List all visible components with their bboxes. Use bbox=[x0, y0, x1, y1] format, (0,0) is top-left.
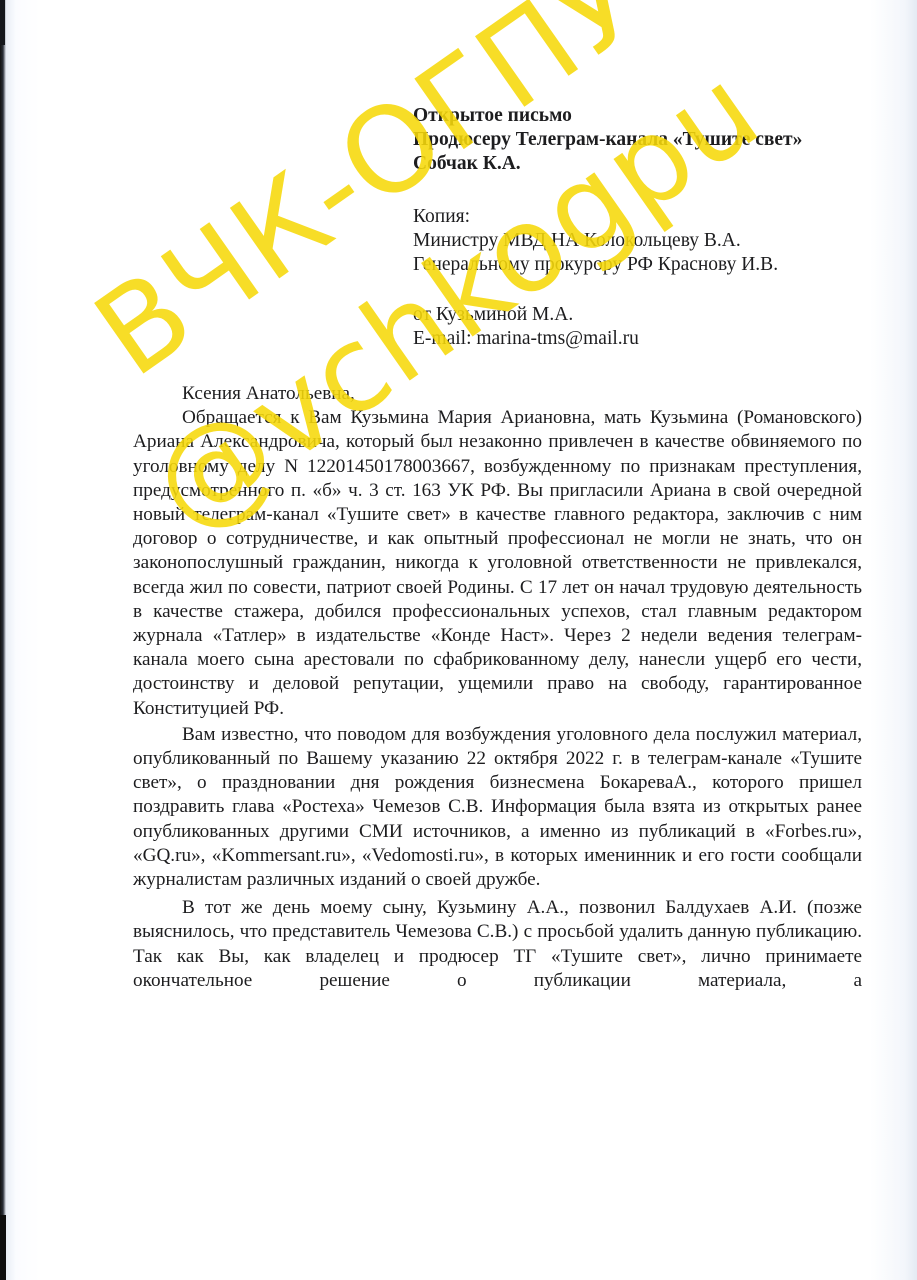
paragraph: В тот же день моему сыну, Кузьмину А.А.,… bbox=[133, 896, 862, 993]
paragraph: Обращается к Вам Кузьмина Мария Ариановн… bbox=[133, 406, 862, 721]
letter-header: Открытое письмо Продюсеру Телеграм-канал… bbox=[413, 104, 802, 351]
paragraph: Вам известно, что поводом для возбуждени… bbox=[133, 723, 862, 892]
letter-body: Ксения Анатольевна, Обращается к Вам Куз… bbox=[133, 382, 862, 993]
recipient-name: Собчак К.А. bbox=[413, 152, 802, 176]
letter-title: Открытое письмо bbox=[413, 104, 802, 128]
copy-to-minister: Министру МВД НА Колокольцеву В.А. bbox=[413, 229, 802, 253]
scanned-page: Открытое письмо Продюсеру Телеграм-канал… bbox=[0, 0, 917, 1280]
greeting: Ксения Анатольевна, bbox=[133, 382, 862, 406]
from-line: от Кузьминой М.А. bbox=[413, 303, 802, 327]
copy-label: Копия: bbox=[413, 205, 802, 229]
scan-edge-shadow bbox=[0, 1215, 6, 1280]
email-line: E-mail: marina-tms@mail.ru bbox=[413, 327, 802, 351]
copy-to-prosecutor: Генеральному прокурору РФ Краснову И.В. bbox=[413, 253, 802, 277]
scan-edge-shadow bbox=[0, 0, 5, 45]
recipient-line: Продюсеру Телеграм-канала «Тушите свет» bbox=[413, 128, 802, 152]
